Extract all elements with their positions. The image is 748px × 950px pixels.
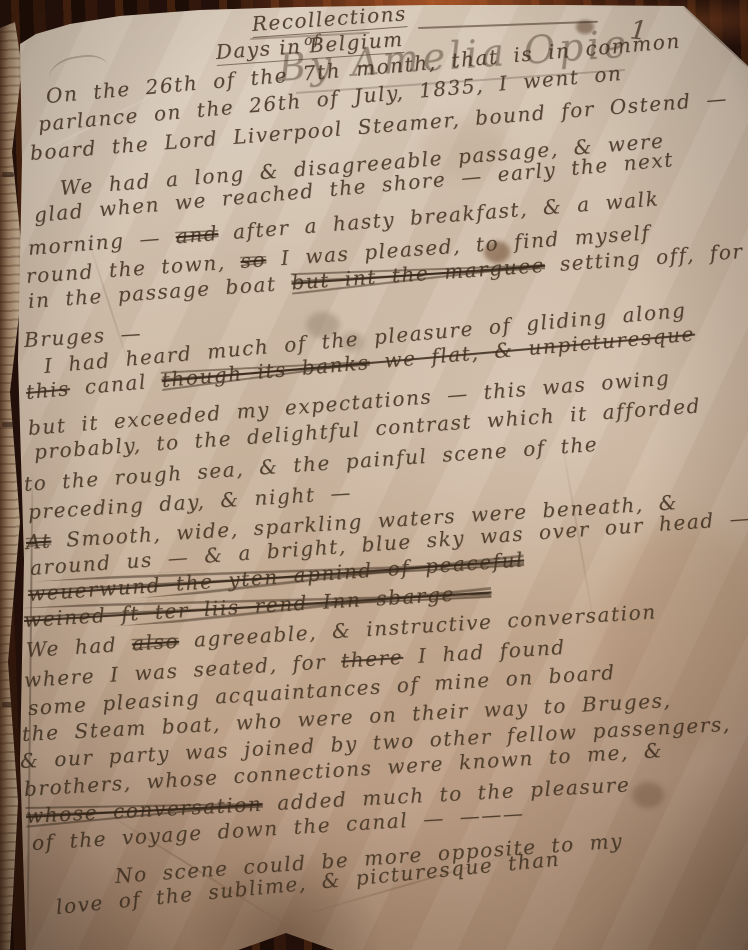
manuscript-text-segment: the Steam boat, who were on their way to…	[21, 688, 672, 746]
manuscript-text-segment: I had found	[402, 635, 566, 669]
smudge-stain	[632, 782, 664, 808]
manuscript-text-segment: I had heard much of the pleasure of glid…	[43, 298, 687, 378]
discoloration-stain	[600, 520, 748, 750]
crease-line	[8, 82, 178, 170]
manuscript-line: I had heard much of the pleasure of glid…	[43, 300, 687, 376]
struck-text-segment: and	[175, 221, 219, 248]
struck-text-segment: whose conversation	[25, 792, 263, 828]
manuscript-line: of the voyage down the canal — ———	[31, 803, 525, 853]
manuscript-line: weuerwund the yten apnind of peaceful	[27, 549, 524, 604]
struck-text-segment: At	[25, 528, 52, 554]
crease-line	[288, 849, 529, 920]
manuscript-text-segment: probably, to the delightful contrast whi…	[33, 393, 702, 464]
manuscript-line: Bruges —	[23, 323, 142, 350]
ink-stain	[576, 20, 594, 34]
manuscript-text-segment: canal	[69, 368, 163, 400]
manuscript-line: but it exceeded my expectations — this w…	[27, 367, 671, 437]
manuscript-line: the Steam boat, who were on their way to…	[21, 690, 671, 744]
flourish-line	[418, 21, 598, 29]
title-byline: By Amelia Opie	[276, 21, 631, 89]
struck-text-segment: also	[131, 629, 179, 656]
ink-stain	[484, 241, 510, 263]
pencil-mark	[47, 52, 110, 84]
manuscript-text-segment: Bruges —	[23, 321, 142, 352]
manuscript-text-segment: I was pleased, to find myself	[265, 220, 651, 271]
manuscript-page: Recollections of Days in Belgium By Amel…	[0, 0, 748, 950]
manuscript-text-segment: glad when we reached the shore — early t…	[33, 147, 675, 227]
manuscript-line: weined ft ter liis rend Inn sbarge —	[23, 581, 492, 630]
manuscript-text-segment: We had a long & disagreeable passage, & …	[59, 128, 665, 199]
manuscript-text-segment: agreeable, & instructive conversation	[178, 599, 657, 652]
manuscript-text-segment: in the passage boat	[27, 271, 292, 313]
binding-stitch	[2, 422, 14, 427]
manuscript-line: to the rough sea, & the painful scene of…	[23, 434, 598, 494]
manuscript-text-segment: No scene could be more opposite to my	[114, 829, 624, 888]
manuscript-text-segment: Smooth, wide, sparkling waters were bene…	[51, 490, 679, 552]
manuscript-line: whose conversation added much to the ple…	[25, 774, 630, 826]
crease-line	[85, 233, 133, 376]
struck-text-segment: so	[240, 247, 267, 273]
manuscript-line: We had also agreeable, & instructive con…	[25, 601, 657, 660]
manuscript-text-segment: setting off, for	[544, 239, 744, 277]
manuscript-text-segment: We had	[25, 632, 133, 662]
manuscript-line: board the Lord Liverpool Steamer, bound …	[29, 88, 728, 163]
manuscript-line: At Smooth, wide, sparkling waters were b…	[25, 492, 678, 552]
manuscript-text-segment: added much to the pleasure	[262, 772, 631, 815]
manuscript-line: some pleasing acquaintances of mine on b…	[27, 662, 616, 718]
manuscript-line: parlance on the 26th of July, 1835, I we…	[37, 63, 623, 134]
manuscript-text-segment: On the 26th of the 7th month, that is in…	[45, 29, 682, 108]
flourish-line	[296, 69, 625, 94]
manuscript-text-segment: round the town,	[25, 249, 241, 288]
manuscript-text-segment: around us — & a bright, blue sky was ove…	[29, 506, 748, 580]
binding-stitch	[2, 172, 14, 177]
title-days-in-belgium: Days in Belgium	[215, 27, 404, 66]
manuscript-line: in the passage boat but int the marguee …	[27, 241, 744, 311]
struck-text-segment: we flat, & unpicturesque	[368, 322, 695, 374]
manuscript-line: No scene could be more opposite to my	[114, 831, 623, 886]
manuscript-line: & our party was joined by two other fell…	[19, 714, 731, 771]
crease-line	[94, 805, 294, 931]
manuscript-text-segment: love of the sublime, & picturesque than	[55, 847, 561, 919]
manuscript-text-segment: of the voyage down the canal — ———	[31, 801, 525, 855]
struck-text-segment: this	[25, 376, 71, 404]
manuscript-line: around us — & a bright, blue sky was ove…	[29, 508, 748, 578]
manuscript-text-segment: some pleasing acquaintances of mine on b…	[27, 660, 616, 720]
manuscript-text-segment: morning —	[27, 224, 177, 260]
manuscript-line: morning — and after a hasty breakfast, &…	[27, 188, 660, 258]
manuscript-line: On the 26th of the 7th month, that is in…	[45, 31, 681, 106]
manuscript-text-segment: parlance on the 26th of July, 1835, I we…	[37, 61, 623, 136]
manuscript-line: love of the sublime, & picturesque than	[55, 849, 561, 917]
crease-line	[559, 431, 597, 638]
manuscript-text-segment: but it exceeded my expectations — this w…	[27, 365, 671, 439]
manuscript-photo: Recollections of Days in Belgium By Amel…	[0, 0, 748, 950]
manuscript-line: brothers, whose connections were known t…	[23, 740, 663, 799]
manuscript-line: preceding day, & night —	[27, 482, 352, 522]
manuscript-text-segment: & our party was joined by two other fell…	[19, 712, 731, 773]
manuscript-line: glad when we reached the shore — early t…	[33, 149, 675, 225]
smudge-stain	[306, 312, 340, 338]
page-number: 1	[628, 15, 648, 47]
struck-text-segment: though its banks	[161, 350, 371, 392]
manuscript-text-segment: after a hasty breakfast, & a walk	[217, 186, 660, 245]
flourish-line	[250, 32, 370, 40]
manuscript-line: this canal though its banks we flat, & u…	[25, 324, 696, 402]
struck-text-segment: but int the marguee	[291, 253, 546, 295]
struck-text-segment: weined ft ter liis rend Inn sbarge —	[23, 579, 492, 632]
manuscript-text-segment: preceding day, & night —	[27, 480, 352, 524]
struck-text-segment: there	[340, 645, 404, 673]
manuscript-line: probably, to the delightful contrast whi…	[33, 395, 701, 462]
title-of: of	[304, 32, 321, 49]
manuscript-line: We had a long & disagreeable passage, & …	[59, 130, 665, 197]
page-fold-line	[26, 470, 33, 950]
struck-text-segment: weuerwund the yten apnind of peaceful	[27, 547, 525, 606]
manuscript-text-segment: brothers, whose connections were known t…	[23, 738, 664, 801]
manuscript-text-segment: to the rough sea, & the painful scene of…	[23, 432, 599, 496]
manuscript-line: where I was seated, for there I had foun…	[23, 637, 566, 690]
smudge-stain	[340, 332, 364, 352]
manuscript-line: round the town, so I was pleased, to fin…	[25, 222, 651, 286]
manuscript-text-segment: board the Lord Liverpool Steamer, bound …	[29, 86, 729, 165]
smudge-stain	[418, 120, 508, 180]
manuscript-text-segment: where I was seated, for	[23, 649, 342, 692]
